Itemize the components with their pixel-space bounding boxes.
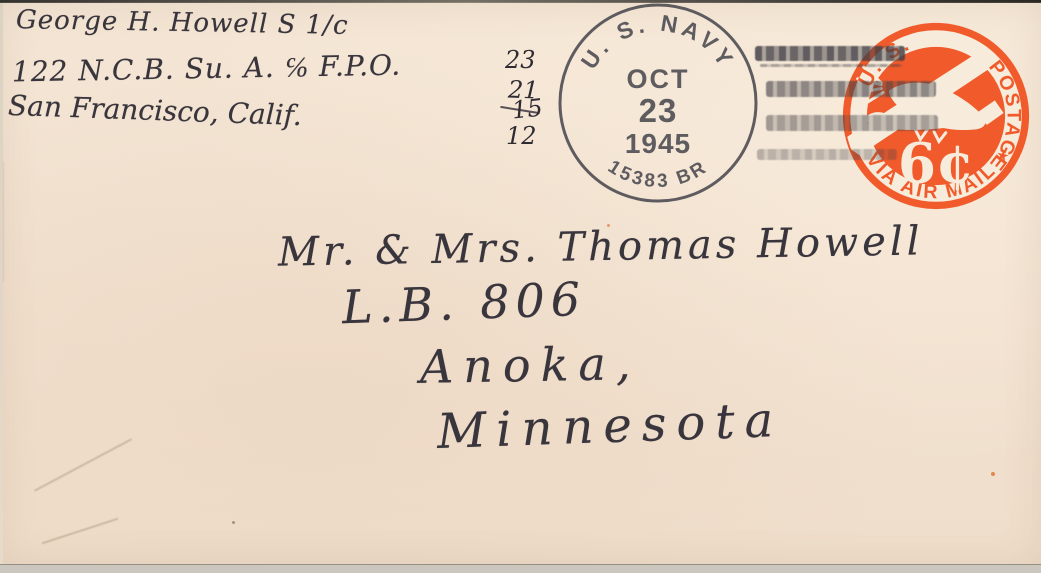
scan-edge-left bbox=[0, 2, 3, 565]
recipient-city: Anoka, bbox=[420, 336, 641, 394]
paper-speck bbox=[607, 224, 610, 227]
envelope-paper: George H. Howell S 1/c 122 N.C.B. Su. A.… bbox=[0, 2, 1041, 565]
recipient-state: Minnesota bbox=[436, 392, 784, 460]
return-address-name: George H. Howell S 1/c bbox=[16, 5, 349, 41]
scan-edge-bottom bbox=[0, 564, 1041, 573]
paper-speck bbox=[991, 472, 995, 476]
postmark-arc-bottom: 15383 BR bbox=[604, 156, 712, 192]
crease-mark bbox=[34, 438, 132, 491]
postmark-year: 1945 bbox=[625, 128, 691, 159]
svg-text:15383 BR: 15383 BR bbox=[604, 156, 712, 192]
scanned-envelope: George H. Howell S 1/c 122 N.C.B. Su. A.… bbox=[0, 0, 1041, 573]
notation-number: 12 bbox=[506, 122, 537, 150]
navy-postmark-stamp: U. S. NAVY OCT 23 1945 15383 BR bbox=[553, 0, 763, 208]
cancellation-bar bbox=[757, 149, 897, 160]
stamp-denomination: 6¢ bbox=[898, 131, 974, 196]
cancellation-bar bbox=[755, 46, 905, 61]
postmark-month: OCT bbox=[627, 64, 690, 94]
recipient-box: L.B. 806 bbox=[341, 272, 587, 334]
crease-mark bbox=[42, 518, 119, 545]
recipient-name: Mr. & Mrs. Thomas Howell bbox=[278, 218, 924, 275]
return-address-unit: 122 N.C.B. Su. A. ℅ F.P.O. bbox=[12, 49, 402, 90]
cancellation-bar bbox=[766, 115, 938, 131]
return-address-city: San Francisco, Calif. bbox=[8, 89, 303, 132]
notation-number: 23 bbox=[505, 46, 536, 74]
paper-speck bbox=[232, 521, 235, 524]
cancellation-bar bbox=[760, 64, 902, 67]
postmark-day: 23 bbox=[639, 92, 678, 129]
cancellation-bar bbox=[766, 81, 936, 97]
scan-edge-top bbox=[0, 0, 1041, 3]
